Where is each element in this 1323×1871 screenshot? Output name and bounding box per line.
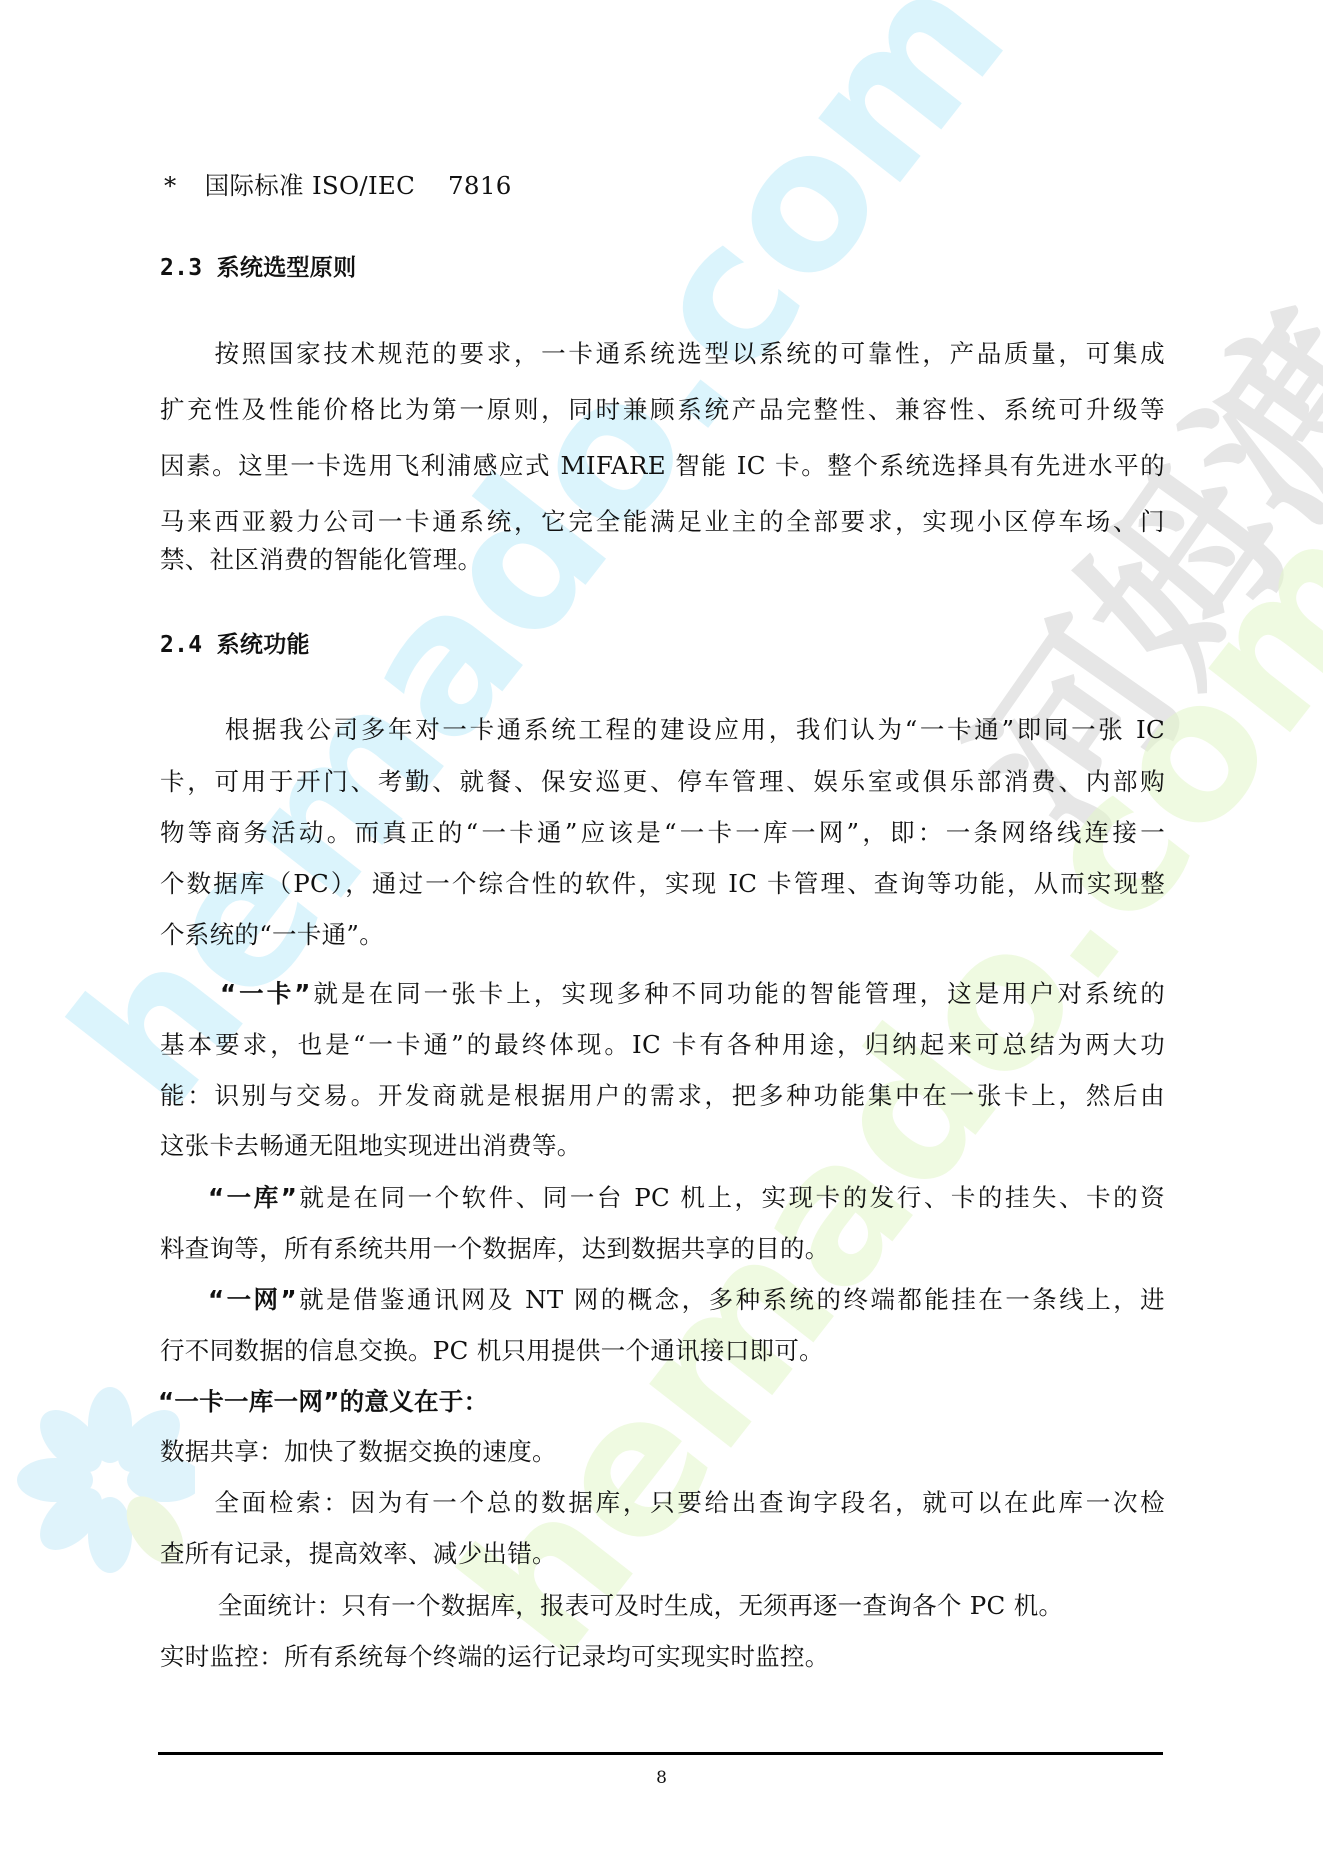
yika-term: “一卡” — [220, 979, 311, 1008]
bullet-iso-standard: * 国际标准 ISO/IEC 7816 — [160, 168, 1165, 204]
bullet-marker: * — [164, 171, 177, 200]
yiwang-first-line: “一网”就是借鉴通讯网及 NT 网的概念，多种系统的终端都能挂在一条线上，进 — [208, 1282, 1165, 1318]
paragraph-line: 行不同数据的信息交换。PC 机只用提供一个通讯接口即可。 — [160, 1333, 1165, 1369]
yiwang-text: 就是借鉴通讯网及 NT 网的概念，多种系统的终端都能挂在一条线上，进 — [297, 1285, 1165, 1314]
page-number: 8 — [0, 1768, 1323, 1788]
paragraph-line: 基本要求，也是“一卡通”的最终体现。IC 卡有各种用途，归纳起来可总结为两大功 — [160, 1027, 1165, 1063]
yiku-term: “一库” — [208, 1183, 297, 1212]
yika-text: 就是在同一张卡上，实现多种不同功能的智能管理，这是用户对系统的 — [311, 979, 1165, 1008]
paragraph-line: 禁、社区消费的智能化管理。 — [160, 542, 1165, 578]
paragraph-line: 料查询等，所有系统共用一个数据库，达到数据共享的目的。 — [160, 1231, 1165, 1267]
meaning-item: 查所有记录，提高效率、减少出错。 — [160, 1536, 1165, 1572]
yiku-text: 就是在同一个软件、同一台 PC 机上，实现卡的发行、卡的挂失、卡的资 — [297, 1183, 1165, 1212]
meaning-item: 全面统计：只有一个数据库，报表可及时生成，无须再逐一查询各个 PC 机。 — [160, 1588, 1165, 1624]
paragraph-line: 根据我公司多年对一卡通系统工程的建设应用，我们认为“一卡通”即同一张 IC — [160, 712, 1165, 748]
paragraph-line: 马来西亚毅力公司一卡通系统，它完全能满足业主的全部要求，实现小区停车场、门 — [160, 504, 1165, 540]
yiku-first-line: “一库”就是在同一个软件、同一台 PC 机上，实现卡的发行、卡的挂失、卡的资 — [208, 1180, 1165, 1216]
section-heading-2-4: 2.4 系统功能 — [160, 627, 1165, 663]
bullet-text: 国际标准 ISO/IEC 7816 — [205, 171, 512, 200]
meaning-item: 实时监控：所有系统每个终端的运行记录均可实现实时监控。 — [160, 1639, 1165, 1675]
paragraph-line: 个系统的“一卡通”。 — [160, 917, 1165, 953]
paragraph-line: 卡，可用于开门、考勤、就餐、保安巡更、停车管理、娱乐室或俱乐部消费、内部购 — [160, 764, 1165, 800]
meaning-item: 数据共享：加快了数据交换的速度。 — [160, 1434, 1165, 1470]
paragraph-line: 能：识别与交易。开发商就是根据用户的需求，把多种功能集中在一张卡上，然后由 — [160, 1078, 1165, 1114]
paragraph-line: 按照国家技术规范的要求，一卡通系统选型以系统的可靠性，产品质量，可集成 — [160, 336, 1165, 372]
yiwang-term: “一网” — [208, 1285, 297, 1314]
paragraph-line: 扩充性及性能价格比为第一原则，同时兼顾系统产品完整性、兼容性、系统可升级等 — [160, 392, 1165, 428]
paragraph-line: 物等商务活动。而真正的“一卡通”应该是“一卡一库一网”，即：一条网络线连接一 — [160, 815, 1165, 851]
footer-rule — [158, 1752, 1163, 1755]
meaning-item: 全面检索：因为有一个总的数据库，只要给出查询字段名，就可以在此库一次检 — [160, 1485, 1165, 1521]
paragraph-line: 个数据库（PC），通过一个综合性的软件，实现 IC 卡管理、查询等功能，从而实现… — [160, 866, 1165, 902]
meaning-heading: “一卡一库一网”的意义在于： — [158, 1384, 1163, 1420]
section-heading-2-3: 2.3 系统选型原则 — [160, 250, 1165, 286]
paragraph-line: 这张卡去畅通无阻地实现进出消费等。 — [160, 1128, 1165, 1164]
paragraph-line: 因素。这里一卡选用飞利浦感应式 MIFARE 智能 IC 卡。整个系统选择具有先… — [160, 448, 1165, 484]
yika-first-line: “一卡”就是在同一张卡上，实现多种不同功能的智能管理，这是用户对系统的 — [220, 976, 1165, 1012]
